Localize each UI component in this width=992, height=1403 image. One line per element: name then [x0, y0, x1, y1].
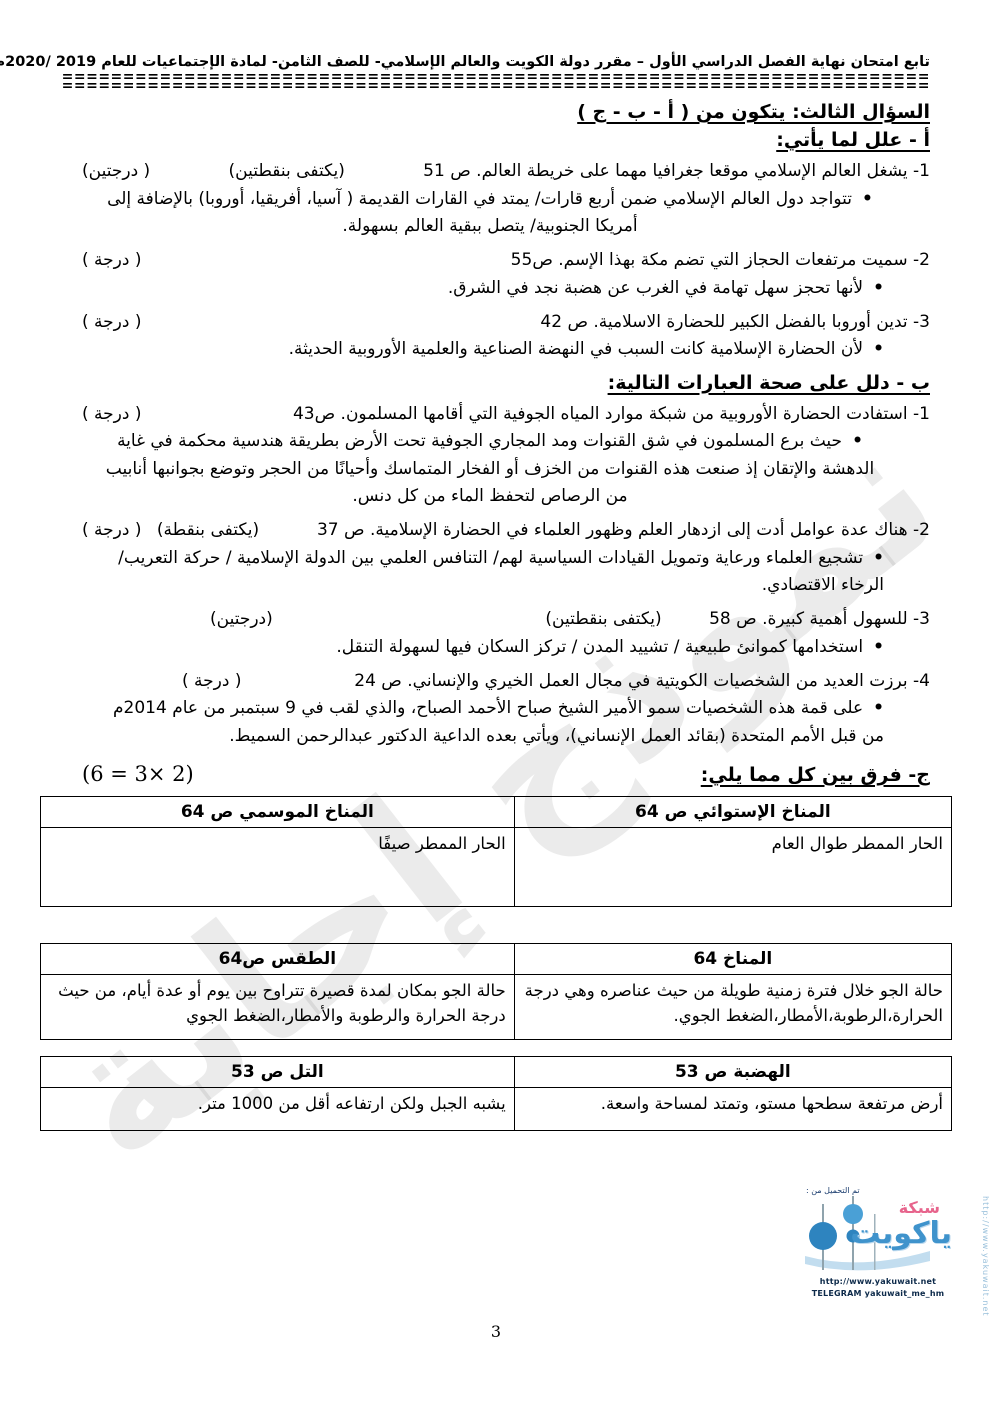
logo-artwork: شبكة ياكويت — [798, 1196, 958, 1276]
exam-header-line: تابع امتحان نهاية الفصل الدراسي الأول – … — [62, 54, 930, 70]
marks-text: ( درجة ) — [82, 520, 141, 540]
section-b-item-2: 2- هناك عدة عوامل أدت إلى ازدهار العلم و… — [62, 518, 930, 543]
table-gap — [62, 907, 930, 943]
section-a-item-1: 1- يشغل العالم الإسلامي موقعا جغرافيا مه… — [62, 159, 930, 184]
exam-document-page: نموذج إجابة تابع امتحان نهاية الفصل الدر… — [0, 0, 992, 1403]
section-a-title: أ - علل لما يأتي: — [62, 129, 930, 151]
table-cell-monsoon-climate: الحار الممطر صيفًا — [41, 827, 515, 906]
answer-bullet: حيث برع المسلمون في شق القنوات ومد المجا… — [62, 428, 930, 510]
question-text: 2- هناك عدة عوامل أدت إلى ازدهار العلم و… — [317, 518, 930, 543]
table-cell-equatorial-climate: الحار الممطر طوال العام — [514, 827, 951, 906]
table-gap — [62, 1040, 930, 1056]
table-header-monsoon-climate: المناخ الموسمي ص 64 — [41, 796, 515, 827]
logo-telegram-line: TELEGRAM yakuwait_me_hm — [798, 1288, 958, 1300]
table-cell-weather: حالة الجو بمكان لمدة قصيرة تتراوح بين يو… — [41, 974, 515, 1039]
question-text: 1- استفادت الحضارة الأوروبية من شبكة موا… — [293, 402, 930, 427]
marks-text: ( درجة ) — [82, 402, 141, 427]
document-content: تابع امتحان نهاية الفصل الدراسي الأول – … — [0, 0, 992, 1131]
logo-url-line: http://www.yakuwait.net — [798, 1276, 958, 1288]
page-number: 3 — [0, 1322, 992, 1341]
hint-text: (يكتفى بنقطة) — [157, 520, 259, 540]
section-c-title-row: ج- فرق بين كل مما يلي: (6 = 3× 2) — [62, 762, 930, 786]
table-header-hill: التل ص 53 — [41, 1056, 515, 1087]
answer-bullet: تتواجد دول العالم الإسلامي ضمن أربع قارا… — [62, 186, 930, 240]
section-b-title: ب - دلل على صحة العبارات التالية: — [62, 372, 930, 394]
table-cell-plateau: أرض مرتفعة سطحها مستو، وتمتد لمساحة واسع… — [514, 1087, 951, 1130]
hint-text: (يكتفى بنقطتين) — [229, 159, 345, 184]
question-text: 2- سميت مرتفعات الحجاز التي تضم مكة بهذا… — [511, 248, 930, 273]
section-a-item-3: 3- تدين أوروبا بالفضل الكبير للحضارة الا… — [62, 310, 930, 335]
section-b-item-1: 1- استفادت الحضارة الأوروبية من شبكة موا… — [62, 402, 930, 427]
logo-network-word: شبكة — [899, 1198, 940, 1217]
answer-bullet: لأنها تحجز سهل تهامة في الغرب عن هضبة نج… — [62, 275, 930, 302]
marks-formula: (6 = 3× 2) — [82, 762, 194, 786]
separator: ========================================… — [62, 73, 930, 91]
hint-text: (يكتفى بنقطتين) — [545, 609, 661, 629]
marks-text: (درجتين) — [210, 607, 273, 632]
answer-bullet: استخدامها كموانئ طبيعية / تشييد المدن / … — [62, 634, 930, 661]
table-cell-climate: حالة الجو خلال فترة زمنية طويلة من حيث ع… — [514, 974, 951, 1039]
climate-comparison-table: المناخ الإستوائي ص 64 المناخ الموسمي ص 6… — [40, 796, 952, 907]
marks-text: ( درجتين) — [82, 159, 150, 184]
table-header-equatorial-climate: المناخ الإستوائي ص 64 — [514, 796, 951, 827]
table-header-plateau: الهضبة ص 53 — [514, 1056, 951, 1087]
marks-text: ( درجة ) — [82, 310, 141, 335]
section-c-title: ج- فرق بين كل مما يلي: — [701, 764, 930, 786]
plateau-hill-table: الهضبة ص 53 التل ص 53 أرض مرتفعة سطحها م… — [40, 1056, 952, 1131]
section-a-item-2: 2- سميت مرتفعات الحجاز التي تضم مكة بهذا… — [62, 248, 930, 273]
separator-row-2: ========================================… — [62, 82, 930, 91]
section-b-item-3: 3- للسهول أهمية كبيرة. ص 58 (يكتفى بنقطت… — [62, 607, 930, 632]
downloaded-from-caption: تم التحميل من : — [806, 1186, 958, 1195]
side-vertical-watermark: http://www.yakuwait.net — [981, 1196, 990, 1317]
answer-bullet: على قمة هذه الشخصيات سمو الأمير الشيخ صب… — [62, 695, 930, 749]
marks-text: ( درجة ) — [82, 248, 141, 273]
separator-row-1: ========================================… — [62, 73, 930, 82]
hint-marks-group: (يكتفى بنقطة) ( درجة ) — [82, 518, 259, 543]
question-hint-group: 3- للسهول أهمية كبيرة. ص 58 (يكتفى بنقطت… — [545, 607, 930, 632]
question-text: 4- برزت العديد من الشخصيات الكويتية في م… — [354, 669, 930, 694]
climate-weather-table: المناخ 64 الطقس ص64 حالة الجو خلال فترة … — [40, 943, 952, 1040]
section-b-item-4: 4- برزت العديد من الشخصيات الكويتية في م… — [62, 669, 930, 694]
question3-title: السؤال الثالث: يتكون من ( أ - ب - ج ) — [62, 101, 930, 123]
question-text: 3- تدين أوروبا بالفضل الكبير للحضارة الا… — [540, 310, 930, 335]
yakuwait-logo: تم التحميل من : شبكة ياكويت http://www.y… — [798, 1186, 958, 1300]
table-cell-hill: يشبه الجبل ولكن ارتفاعه أقل من 1000 متر. — [41, 1087, 515, 1130]
question-text: 3- للسهول أهمية كبيرة. ص 58 — [709, 609, 930, 629]
table-header-climate: المناخ 64 — [514, 943, 951, 974]
logo-brand-name: ياكويت — [850, 1216, 952, 1251]
marks-text: ( درجة ) — [182, 669, 241, 694]
answer-bullet: تشجيع العلماء ورعاية وتمويل القيادات الس… — [62, 545, 930, 599]
answer-bullet: لأن الحضارة الإسلامية كانت السبب في النه… — [62, 336, 930, 363]
question-text: 1- يشغل العالم الإسلامي موقعا جغرافيا مه… — [423, 159, 930, 184]
table-header-weather: الطقس ص64 — [41, 943, 515, 974]
